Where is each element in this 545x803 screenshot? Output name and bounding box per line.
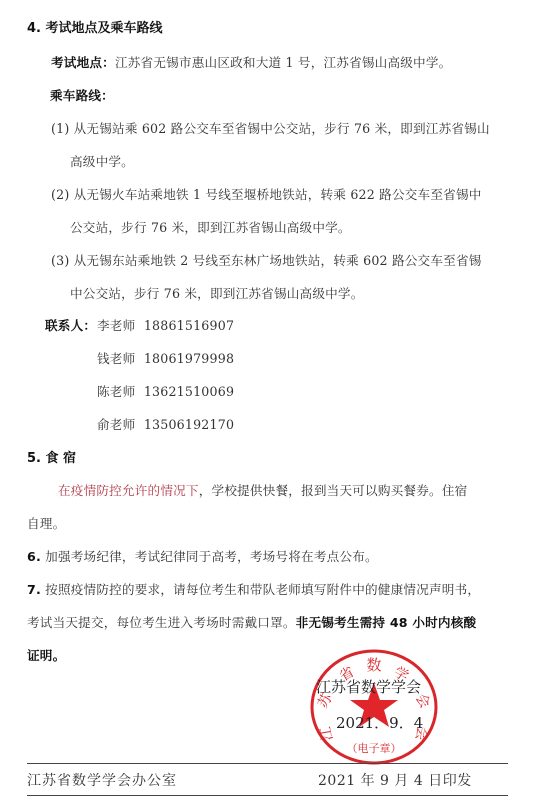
contact-row: 钱老师 18061979998 (97, 348, 234, 367)
section-7-text-normal: 考试当天提交，每位考生进入考场时需戴口罩。 (27, 615, 296, 630)
contact-phone: 13506192170 (144, 417, 234, 432)
section-7-number: 7. (27, 582, 41, 597)
contact-name: 钱老师 (97, 351, 135, 366)
epidemic-highlight: 在疫情防控允许的情况下 (58, 483, 199, 498)
svg-text:数: 数 (366, 656, 381, 674)
contact-row: 李老师 18861516907 (97, 315, 234, 334)
route-2-line-2: 公交站，步行 76 米，即到江苏省锡山高级中学。 (70, 217, 351, 236)
section-7-text: 按照疫情防控的要求，请每位考生和带队老师填写附件中的健康情况声明书， (45, 582, 480, 597)
contact-phone: 18861516907 (144, 318, 234, 333)
official-seal-icon: 数 省 学 苏 会 江 会 （电子章） (309, 648, 439, 766)
signature-date: 2021．9．4 (336, 712, 423, 733)
section-6-text: 加强考场纪律，考试纪律同于高考，考场号将在考点公布。 (45, 549, 378, 564)
section-5-heading: 5. 食 宿 (27, 447, 76, 466)
meal-text: ，学校提供快餐，报到当天可以购买餐券。住宿 (199, 483, 468, 498)
exam-location-label: 考试地点： (51, 55, 115, 70)
contact-name: 陈老师 (97, 384, 135, 399)
section-7-line-2: 考试当天提交，每位考生进入考场时需戴口罩。非无锡考生需持 48 小时内核酸 (27, 612, 476, 631)
section-6: 6. 加强考场纪律，考试纪律同于高考，考场号将在考点公布。 (27, 546, 378, 565)
route-1-line-1: (1) 从无锡站乘 602 路公交车至省锡中公交站，步行 76 米，即到江苏省锡… (51, 118, 490, 137)
route-1-line-2: 高级中学。 (70, 151, 134, 170)
svg-text:江: 江 (318, 725, 336, 742)
exam-location-value: 江苏省无锡市惠山区政和大道 1 号，江苏省锡山高级中学。 (115, 55, 451, 70)
routes-label: 乘车路线： (50, 85, 114, 104)
contact-name: 俞老师 (97, 417, 135, 432)
section-6-number: 6. (27, 549, 41, 564)
route-3-line-1: (3) 从无锡东站乘地铁 2 号线至东林广场地铁站，转乘 602 路公交车至省锡 (51, 250, 482, 269)
contact-phone: 13621510069 (144, 384, 234, 399)
contact-phone: 18061979998 (144, 351, 234, 366)
contact-row: 陈老师 13621510069 (97, 381, 234, 400)
footer-issued-date: 2021 年 9 月 4 日印发 (318, 770, 472, 790)
seal-sub-text: （电子章） (347, 741, 402, 755)
contact-row: 俞老师 13506192170 (97, 414, 234, 433)
route-2-line-1: (2) 从无锡火车站乘地铁 1 号线至堰桥地铁站，转乘 622 路公交车至省锡中 (51, 184, 482, 203)
section-4-heading: 4. 考试地点及乘车路线 (27, 17, 163, 36)
contact-name: 李老师 (97, 318, 135, 333)
footer-top-divider (27, 763, 508, 764)
section-7-line-3: 证明。 (27, 645, 65, 664)
meal-paragraph: 在疫情防控允许的情况下，学校提供快餐，报到当天可以购买餐券。住宿 (58, 480, 467, 499)
section-7-line-1: 7. 按照疫情防控的要求，请每位考生和带队老师填写附件中的健康情况声明书， (27, 579, 480, 598)
footer-office: 江苏省数学学会办公室 (27, 770, 177, 790)
signature-org: 江苏省数学学会 (316, 676, 421, 697)
footer-bottom-divider (27, 795, 508, 796)
exam-location: 考试地点：江苏省无锡市惠山区政和大道 1 号，江苏省锡山高级中学。 (51, 52, 451, 71)
section-7-text-bold: 非无锡考生需持 48 小时内核酸 (296, 615, 477, 630)
route-3-line-2: 中公交站，步行 76 米，即到江苏省锡山高级中学。 (70, 283, 364, 302)
meal-paragraph-line-2: 自理。 (27, 513, 65, 532)
contacts-label: 联系人： (45, 315, 96, 334)
